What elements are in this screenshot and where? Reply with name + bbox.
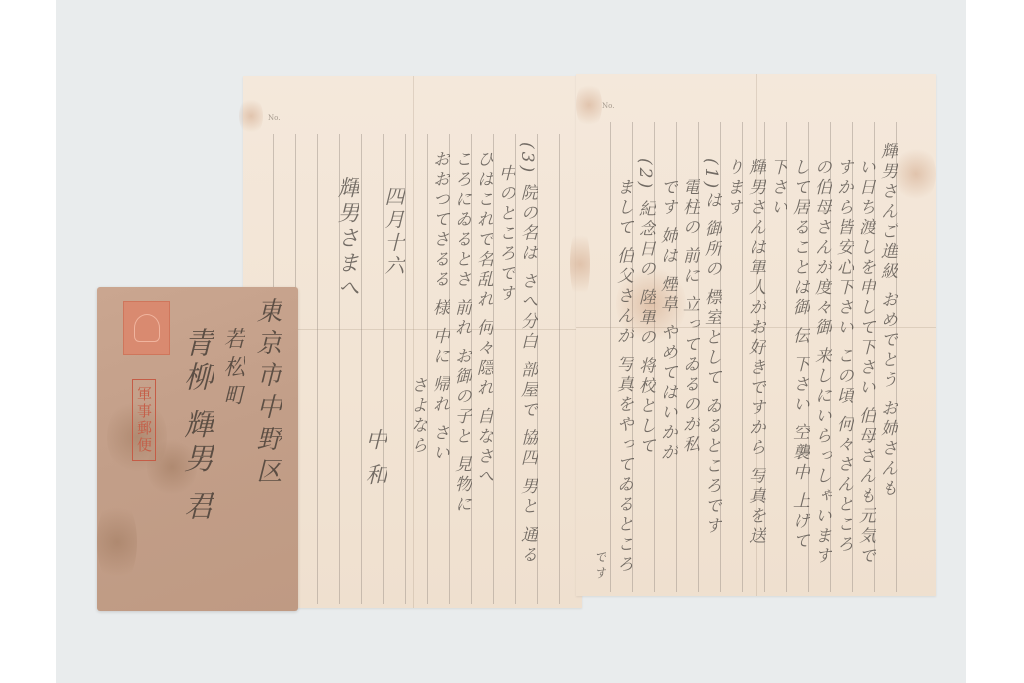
sheet-number-mark: No. xyxy=(268,114,280,122)
letter-sheet-right: No. 輝男さんご進級 おめでとう お姉さんも い日ち渡しを申して下さい 伯母さ… xyxy=(576,74,936,596)
address-line: 東京市中野区 xyxy=(249,297,286,489)
signature: 中 和 xyxy=(363,428,385,488)
handwriting-column: すから皆安心下さい この頃 何々さんところ xyxy=(834,158,851,555)
recipient-name: 青柳 輝男 君 xyxy=(173,327,217,524)
handwriting-column: の伯母さんが度々御 来しにいらっしゃいます xyxy=(812,158,829,566)
handwriting-column: い日ち渡しを申して下さい 伯母さんも元気で xyxy=(856,158,873,566)
ruled-line xyxy=(427,134,428,604)
handwriting-column: です xyxy=(592,550,605,582)
ruled-line xyxy=(537,134,538,604)
handwriting-column: ひはこれで名乱れ 何々隠れ 自なさへ xyxy=(474,150,491,487)
handwriting-column: 輝男さんご進級 おめでとう お姉さんも xyxy=(878,142,895,499)
age-stain xyxy=(570,224,590,304)
handwriting-column: 中のところです xyxy=(496,164,513,304)
ruled-line xyxy=(610,122,611,592)
handwriting-column: さよなら xyxy=(408,376,425,456)
ruled-line xyxy=(471,134,472,604)
handwriting-column: (3) 院の名は さへ分白 部屋で 協四 男と 通る xyxy=(518,142,535,566)
address-line: 若松町 xyxy=(217,327,248,411)
handwriting-column: 電柱の 前に 立ってゐるのが私 xyxy=(680,178,697,455)
ruled-line xyxy=(317,134,318,604)
handwriting-column: して居ることは御 伝 下さい 空襲中 上げて xyxy=(790,158,807,552)
handwriting-column: 下さい xyxy=(768,158,785,218)
handwriting-column: (1)は 御所の 標室として ゐるところです xyxy=(702,158,719,536)
ruled-line xyxy=(515,134,516,604)
age-stain xyxy=(576,80,602,130)
military-mail-envelope: 軍事郵便 東京市中野区 若松町 青柳 輝男 君 xyxy=(97,287,298,611)
handwriting-column: おおつてさるる 様 中に 帰れ さい xyxy=(430,150,447,464)
ruled-line xyxy=(493,134,494,604)
handwriting-column: まして 伯父さんが 写真をやってゐるところ xyxy=(614,178,631,575)
ruled-line xyxy=(405,134,406,604)
handwriting-column: 輝男さんは軍人がお好きですから 写真を送 xyxy=(746,158,763,546)
ruled-line xyxy=(559,134,560,604)
military-mail-label: 軍事郵便 xyxy=(132,379,156,461)
postage-stamp xyxy=(123,301,170,355)
age-stain xyxy=(97,497,137,587)
handwriting-column: ります xyxy=(724,158,741,218)
handwriting-column: ころにゐるとさ 前れ お御の子と 見物に xyxy=(452,150,469,515)
handwriting-column: です 姉は 煙草 やめてはいかが xyxy=(658,178,675,463)
stamp-emblem-icon xyxy=(134,314,160,342)
addressee-line: 輝男さまへ xyxy=(335,176,357,301)
ruled-line xyxy=(361,134,362,604)
closing-date: 四月十六 xyxy=(383,186,403,278)
ruled-line xyxy=(449,134,450,604)
sheet-number-mark: No. xyxy=(602,102,614,110)
handwriting-column: (2) 紀念日の 陸軍の 将校として xyxy=(636,158,653,456)
age-stain xyxy=(896,144,936,204)
fold-line xyxy=(413,76,414,608)
age-stain xyxy=(239,96,263,136)
